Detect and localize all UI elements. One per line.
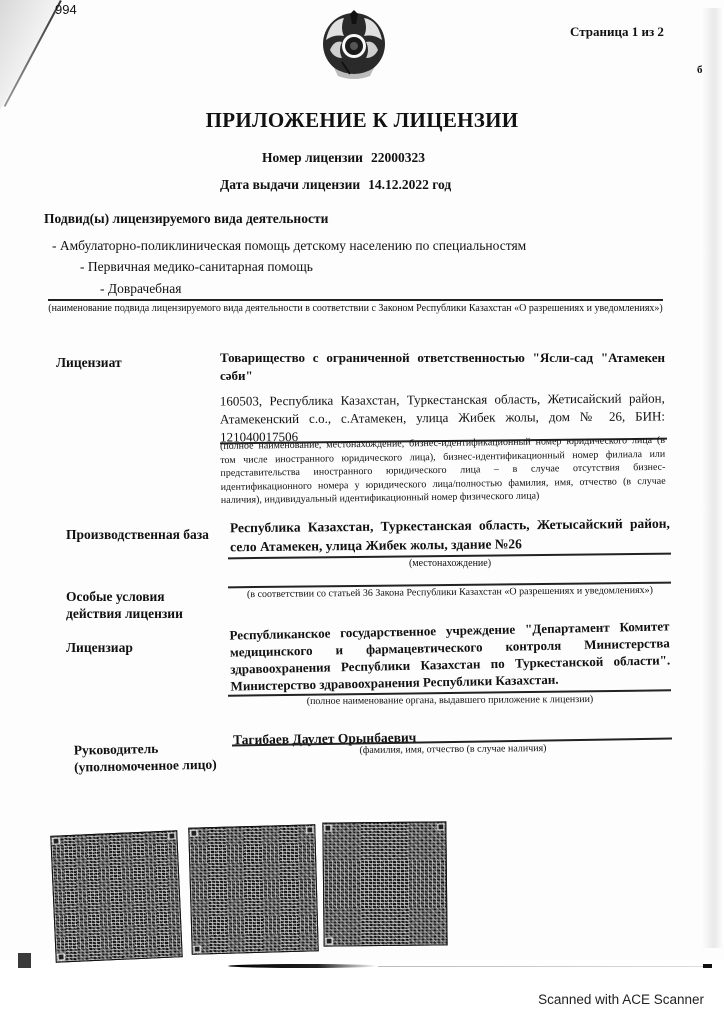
subtype-item: - Первичная медико-санитарная помощь — [80, 259, 313, 275]
kazakhstan-state-emblem-icon — [320, 10, 388, 80]
licensor-name: Республиканское государственное учрежден… — [229, 617, 670, 694]
subtype-item: - Доврачебная — [100, 281, 181, 297]
license-number-label: Номер лицензии — [262, 150, 363, 165]
qr-code-icon — [188, 824, 318, 954]
qr-codes-group — [40, 818, 460, 963]
qr-code-icon — [322, 821, 447, 946]
licensee-label: Лицензиат — [56, 355, 122, 371]
page-bottom-edge — [378, 966, 708, 967]
license-number-row: Номер лицензии22000323 — [262, 150, 425, 166]
page-bottom-shadow — [228, 964, 378, 968]
page-title: ПРИЛОЖЕНИЕ К ЛИЦЕНЗИИ — [0, 108, 724, 133]
issue-date-value: 14.12.2022 год — [368, 177, 451, 192]
licensee-name: Товарищество с ограниченной ответственно… — [220, 349, 665, 385]
subtypes-heading: Подвид(ы) лицензируемого вида деятельнос… — [44, 211, 328, 227]
scan-marker — [18, 953, 31, 968]
side-letter: б — [697, 64, 703, 76]
scanner-watermark: Scanned with ACE Scanner — [538, 992, 704, 1007]
issue-date-label: Дата выдачи лицензии — [220, 177, 360, 192]
subtypes-note: (наименование подвида лицензируемого вид… — [48, 302, 663, 315]
head-label: Руководитель (уполномоченное лицо) — [74, 738, 235, 775]
subtype-item: - Амбулаторно-поликлиническая помощь дет… — [52, 238, 526, 254]
page-edge-shadow — [702, 8, 724, 948]
issue-date-row: Дата выдачи лицензии14.12.2022 год — [220, 177, 451, 193]
special-conditions-value — [230, 568, 670, 582]
production-base-address: Республика Казахстан, Туркестанская обла… — [230, 514, 670, 557]
special-conditions-label: Особые условия действия лицензии — [66, 588, 216, 622]
corner-number: 994 — [55, 2, 77, 17]
page-indicator: Страница 1 из 2 — [570, 24, 664, 40]
scan-marker — [703, 964, 712, 968]
license-number-value: 22000323 — [371, 150, 425, 165]
production-base-label: Производственная база — [66, 527, 209, 543]
divider — [48, 299, 663, 301]
qr-code-icon — [50, 830, 182, 962]
licensor-label: Лицензиар — [66, 640, 133, 656]
licensee-note: (полное наименование, местонахождение, б… — [220, 434, 666, 508]
